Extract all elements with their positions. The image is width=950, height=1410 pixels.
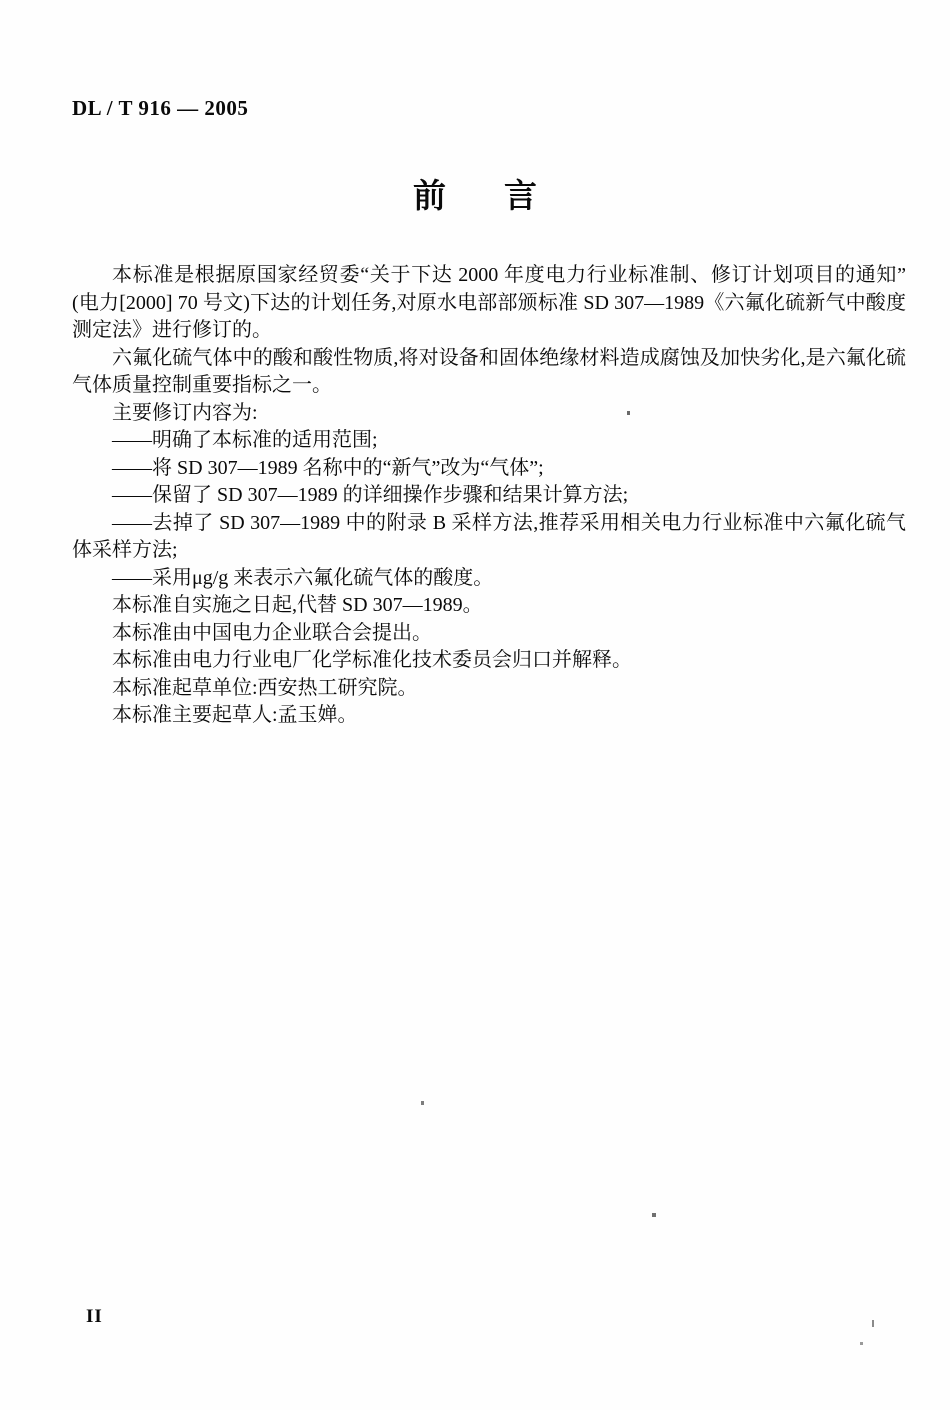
paragraph: 本标准主要起草人:孟玉婵。 (72, 702, 906, 730)
standard-number: DL / T 916 — 2005 (72, 96, 248, 121)
scan-speck (627, 411, 630, 415)
page-title: 前 言 (0, 179, 950, 215)
scan-speck (652, 1213, 656, 1217)
paragraph: 本标准由电力行业电厂化学标准化技术委员会归口并解释。 (72, 647, 906, 675)
title-char-yan: 言 (504, 179, 537, 215)
paragraph: ——将 SD 307—1989 名称中的“新气”改为“气体”; (72, 455, 906, 483)
paragraph: ——保留了 SD 307—1989 的详细操作步骤和结果计算方法; (72, 482, 906, 510)
scanned-document-page: DL / T 916 — 2005 前 言 本标准是根据原国家经贸委“关于下达 … (0, 0, 950, 1410)
paragraph: ——去掉了 SD 307—1989 中的附录 B 采样方法,推荐采用相关电力行业… (72, 510, 906, 565)
paragraph: 主要修订内容为: (72, 400, 906, 428)
page-number: II (86, 1306, 103, 1328)
paragraph: ——采用μg/g 来表示六氟化硫气体的酸度。 (72, 565, 906, 593)
scan-speck (872, 1320, 874, 1327)
scan-speck (421, 1101, 424, 1105)
paragraph: ——明确了本标准的适用范围; (72, 427, 906, 455)
paragraph: 本标准自实施之日起,代替 SD 307—1989。 (72, 592, 906, 620)
paragraph: 六氟化硫气体中的酸和酸性物质,将对设备和固体绝缘材料造成腐蚀及加快劣化,是六氟化… (72, 345, 906, 400)
foreword-body: 本标准是根据原国家经贸委“关于下达 2000 年度电力行业标准制、修订计划项目的… (72, 262, 906, 730)
title-char-qian: 前 (413, 179, 446, 215)
scan-speck (860, 1342, 863, 1345)
paragraph: 本标准起草单位:西安热工研究院。 (72, 675, 906, 703)
paragraph: 本标准是根据原国家经贸委“关于下达 2000 年度电力行业标准制、修订计划项目的… (72, 262, 906, 345)
paragraph: 本标准由中国电力企业联合会提出。 (72, 620, 906, 648)
